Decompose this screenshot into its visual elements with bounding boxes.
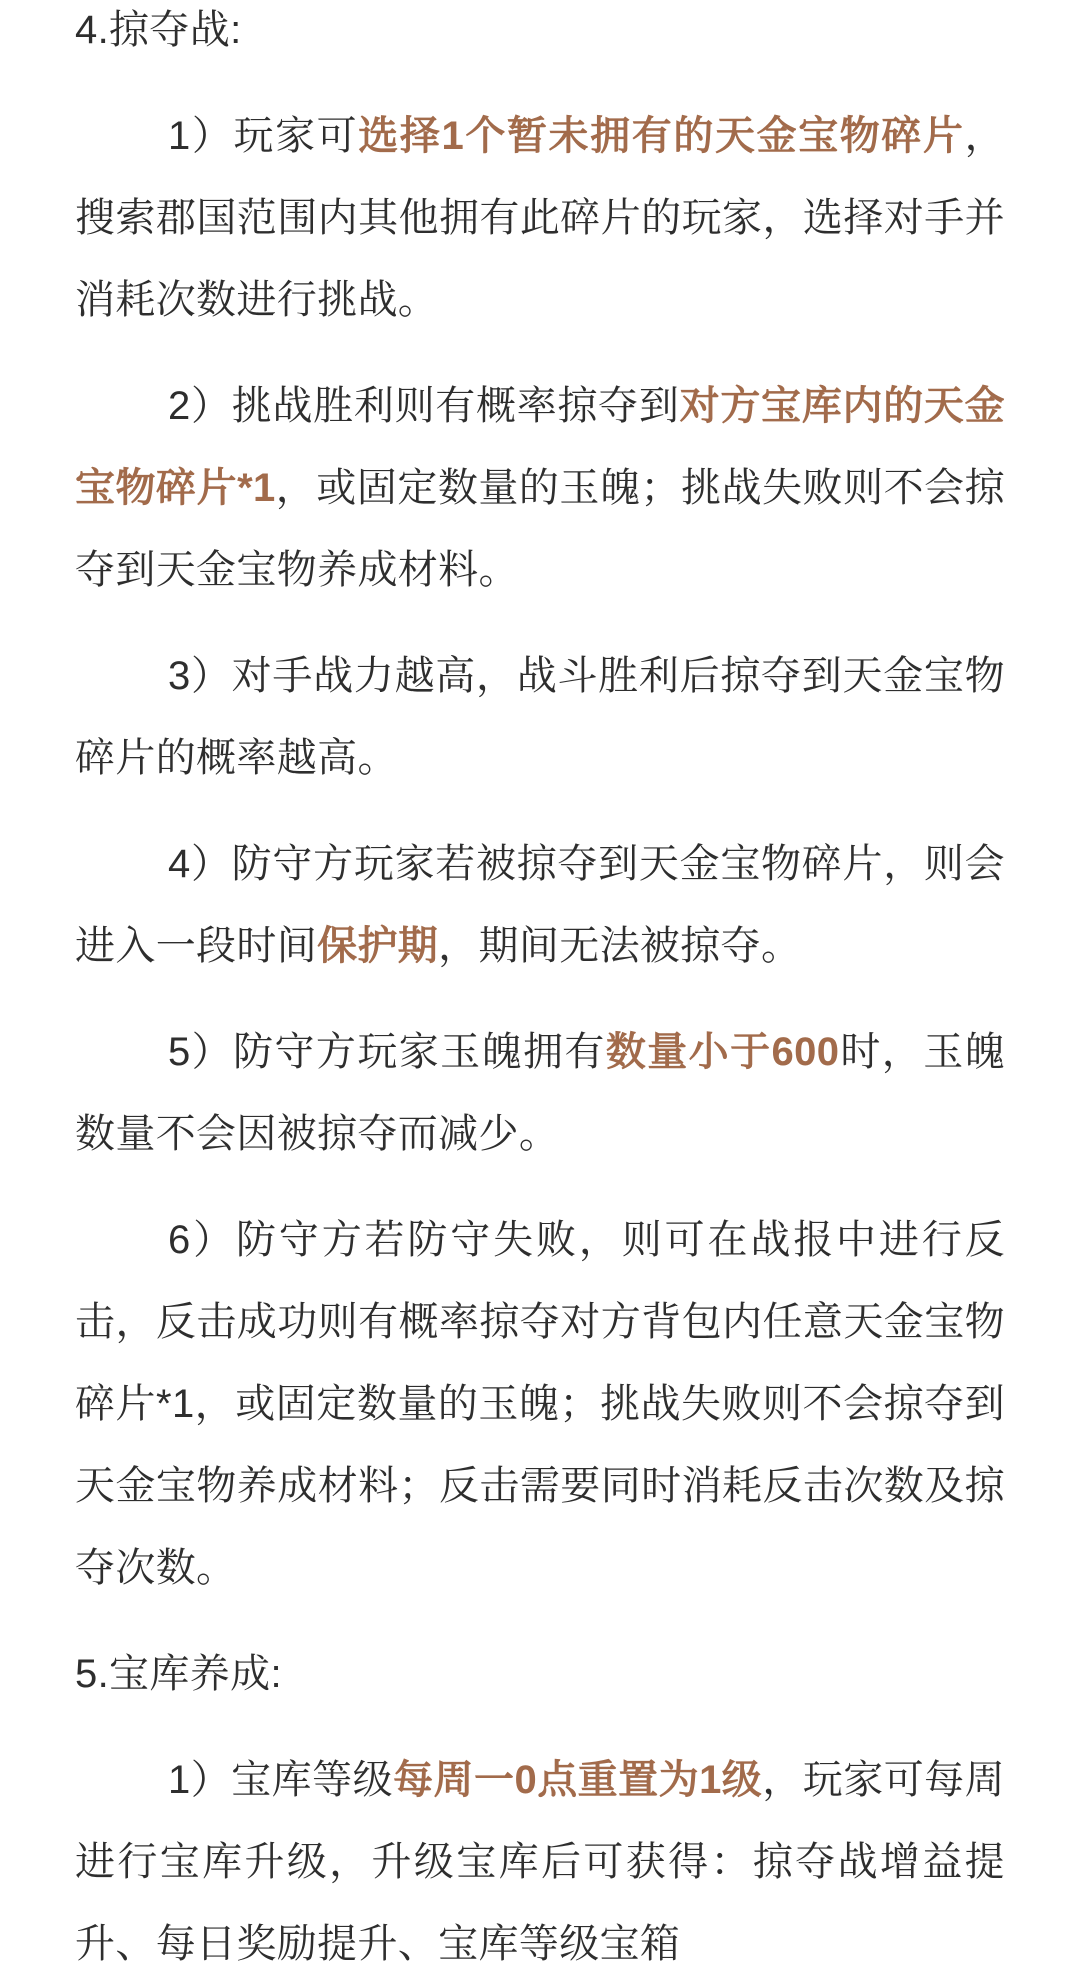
section-heading-plunder-battle: 4.掠夺战: (75, 0, 1005, 71)
body-text-run: 4.掠夺战: (75, 8, 242, 52)
treasury-rule-1-paragraph: 1）宝库等级每周一0点重置为1级，玩家可每周进行宝库升级，升级宝库后可获得：掠夺… (75, 1739, 1005, 1985)
body-text-run: 5.宝库养成: (75, 1652, 282, 1696)
highlighted-text-run: 每周一0点重置为1级 (393, 1758, 762, 1802)
game-rules-document: 4.掠夺战: 1）玩家可选择1个暂未拥有的天金宝物碎片，搜索郡国范围内其他拥有此… (0, 0, 1080, 1985)
plunder-rule-1-paragraph: 1）玩家可选择1个暂未拥有的天金宝物碎片，搜索郡国范围内其他拥有此碎片的玩家，选… (75, 95, 1005, 341)
body-text-run: 3）对手战力越高，战斗胜利后掠夺到天金宝物碎片的概率越高。 (75, 654, 1005, 780)
body-text-run: 6）防守方若防守失败，则可在战报中进行反击，反击成功则有概率掠夺对方背包内任意天… (75, 1218, 1005, 1590)
body-text-run: 1）玩家可 (168, 114, 358, 158)
plunder-rule-5-paragraph: 5）防守方玩家玉魄拥有数量小于600时，玉魄数量不会因被掠夺而减少。 (75, 1011, 1005, 1175)
highlighted-text-run: 选择1个暂未拥有的天金宝物碎片 (358, 114, 964, 158)
body-text-run: 1）宝库等级 (168, 1758, 393, 1802)
highlighted-text-run: 保护期 (317, 924, 438, 968)
body-text-run: 2）挑战胜利则有概率掠夺到 (168, 384, 680, 428)
section-heading-treasury-growth: 5.宝库养成: (75, 1633, 1005, 1715)
body-text-run: ，期间无法被掠夺。 (438, 924, 801, 968)
body-text-run: 5）防守方玩家玉魄拥有 (168, 1030, 606, 1074)
plunder-rule-4-paragraph: 4）防守方玩家若被掠夺到天金宝物碎片，则会进入一段时间保护期，期间无法被掠夺。 (75, 823, 1005, 987)
highlighted-text-run: 数量小于600 (606, 1030, 839, 1074)
plunder-rule-2-paragraph: 2）挑战胜利则有概率掠夺到对方宝库内的天金宝物碎片*1，或固定数量的玉魄；挑战失… (75, 365, 1005, 611)
plunder-rule-6-paragraph: 6）防守方若防守失败，则可在战报中进行反击，反击成功则有概率掠夺对方背包内任意天… (75, 1199, 1005, 1609)
plunder-rule-3-paragraph: 3）对手战力越高，战斗胜利后掠夺到天金宝物碎片的概率越高。 (75, 635, 1005, 799)
